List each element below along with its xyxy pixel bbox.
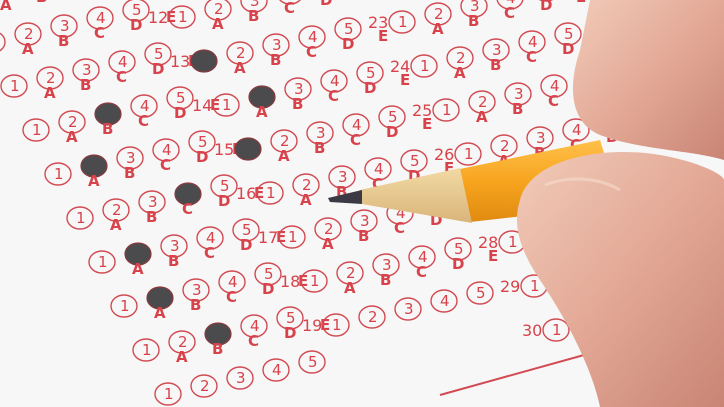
- finger-top: [573, 0, 724, 160]
- finger-bottom: [517, 152, 724, 407]
- pencil-graphite: [328, 190, 362, 204]
- pencil-wood-tip: [345, 168, 472, 223]
- hand-and-pencil: [0, 0, 724, 407]
- answer-sheet-photo: ABCDE12345ABCDE12345ABCDE1245ABCDE1345AB…: [0, 0, 724, 407]
